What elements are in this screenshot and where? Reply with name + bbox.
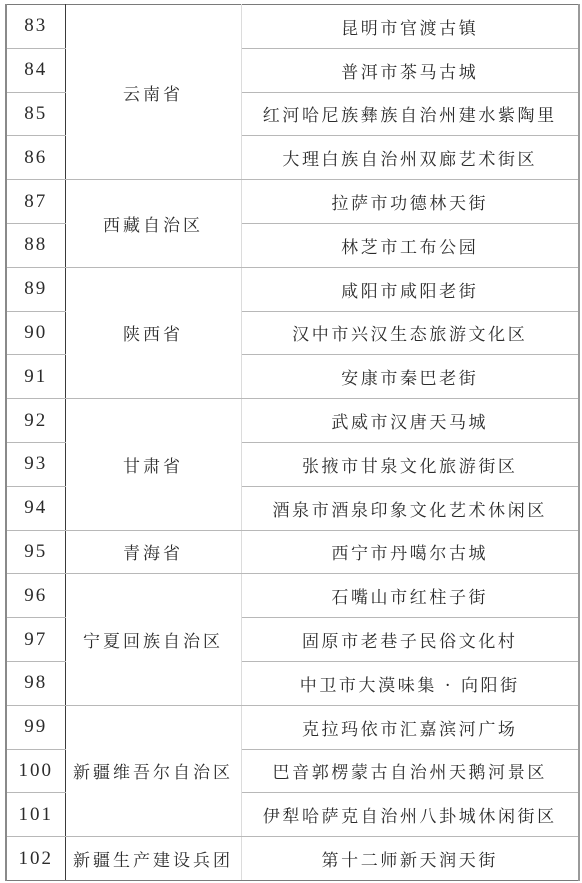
site-name: 第十二师新天润天街	[241, 837, 579, 881]
site-name: 大理白族自治州双廊艺术街区	[241, 136, 579, 180]
row-number: 99	[6, 705, 65, 749]
row-number: 86	[6, 136, 65, 180]
province-cell: 宁夏回族自治区	[65, 574, 241, 705]
table-row: 89 陕西省 咸阳市咸阳老街	[6, 267, 579, 311]
table-row: 83 云南省 昆明市官渡古镇	[6, 5, 579, 49]
row-number: 94	[6, 486, 65, 530]
table-body: 83 云南省 昆明市官渡古镇 84 普洱市茶马古城 85 红河哈尼族彝族自治州建…	[6, 5, 579, 881]
table-row: 95 青海省 西宁市丹噶尔古城	[6, 530, 579, 574]
site-name: 固原市老巷子民俗文化村	[241, 618, 579, 662]
site-name: 张掖市甘泉文化旅游街区	[241, 442, 579, 486]
site-name: 伊犁哈萨克自治州八卦城休闲街区	[241, 793, 579, 837]
site-name: 普洱市茶马古城	[241, 48, 579, 92]
province-cell: 青海省	[65, 530, 241, 574]
site-name: 汉中市兴汉生态旅游文化区	[241, 311, 579, 355]
province-cell: 新疆生产建设兵团	[65, 837, 241, 881]
table-row: 87 西藏自治区 拉萨市功德林天街	[6, 180, 579, 224]
row-number: 93	[6, 442, 65, 486]
province-cell: 新疆维吾尔自治区	[65, 705, 241, 836]
province-cell: 云南省	[65, 5, 241, 180]
row-number: 87	[6, 180, 65, 224]
site-name: 拉萨市功德林天街	[241, 180, 579, 224]
site-name: 昆明市官渡古镇	[241, 5, 579, 49]
row-number: 83	[6, 5, 65, 49]
row-number: 101	[6, 793, 65, 837]
listing-table: 83 云南省 昆明市官渡古镇 84 普洱市茶马古城 85 红河哈尼族彝族自治州建…	[5, 4, 580, 881]
row-number: 102	[6, 837, 65, 881]
row-number: 89	[6, 267, 65, 311]
table-row: 102 新疆生产建设兵团 第十二师新天润天街	[6, 837, 579, 881]
site-name: 石嘴山市红柱子街	[241, 574, 579, 618]
row-number: 90	[6, 311, 65, 355]
province-cell: 陕西省	[65, 267, 241, 398]
site-name: 安康市秦巴老街	[241, 355, 579, 399]
site-name: 克拉玛依市汇嘉滨河广场	[241, 705, 579, 749]
row-number: 100	[6, 749, 65, 793]
site-name: 中卫市大漠味集 · 向阳街	[241, 661, 579, 705]
row-number: 88	[6, 223, 65, 267]
table-row: 99 新疆维吾尔自治区 克拉玛依市汇嘉滨河广场	[6, 705, 579, 749]
row-number: 91	[6, 355, 65, 399]
table-row: 92 甘肃省 武威市汉唐天马城	[6, 399, 579, 443]
province-cell: 西藏自治区	[65, 180, 241, 268]
province-cell: 甘肃省	[65, 399, 241, 530]
site-name: 巴音郭楞蒙古自治州天鹅河景区	[241, 749, 579, 793]
site-name: 酒泉市酒泉印象文化艺术休闲区	[241, 486, 579, 530]
row-number: 96	[6, 574, 65, 618]
row-number: 97	[6, 618, 65, 662]
row-number: 92	[6, 399, 65, 443]
site-name: 红河哈尼族彝族自治州建水紫陶里	[241, 92, 579, 136]
row-number: 95	[6, 530, 65, 574]
row-number: 98	[6, 661, 65, 705]
row-number: 85	[6, 92, 65, 136]
site-name: 西宁市丹噶尔古城	[241, 530, 579, 574]
site-name: 林芝市工布公园	[241, 223, 579, 267]
site-name: 武威市汉唐天马城	[241, 399, 579, 443]
row-number: 84	[6, 48, 65, 92]
site-name: 咸阳市咸阳老街	[241, 267, 579, 311]
table-row: 96 宁夏回族自治区 石嘴山市红柱子街	[6, 574, 579, 618]
